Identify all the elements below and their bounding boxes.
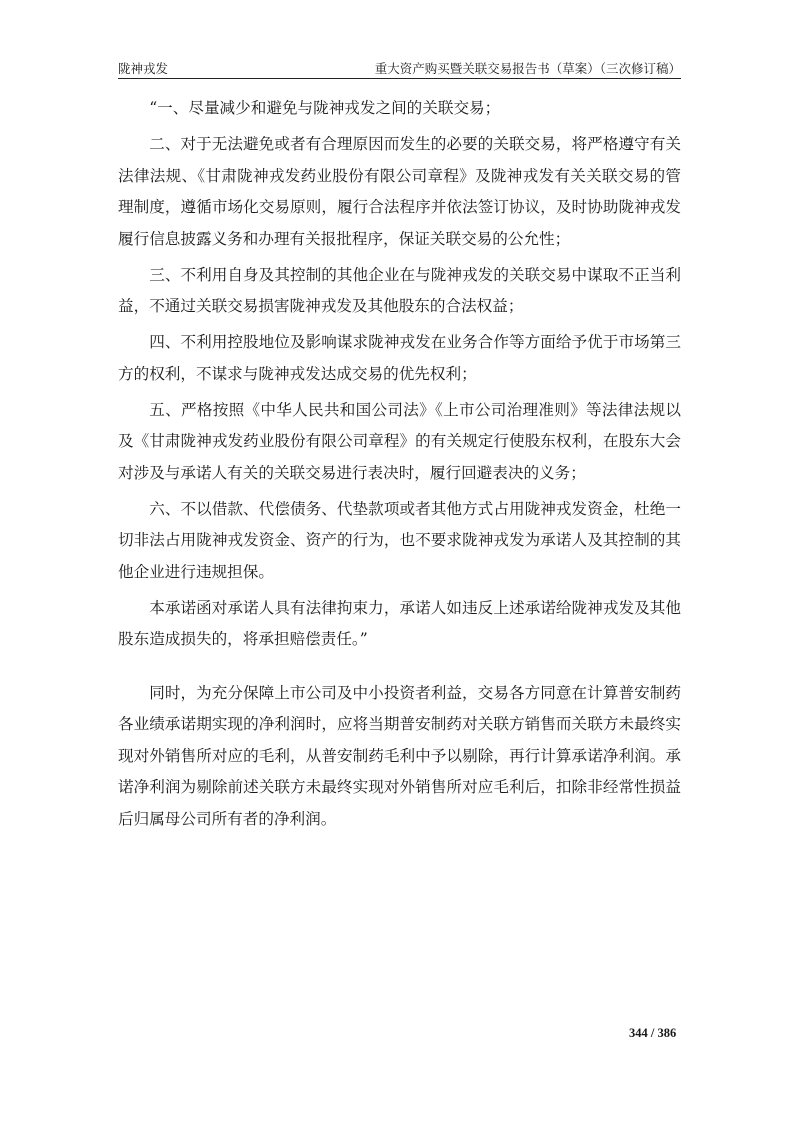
header-company-name: 陇神戎发 bbox=[118, 59, 168, 77]
paragraph-commitment-2: 二、对于无法避免或者有合理原因而发生的必要的关联交易，将严格遵守有关法律法规、《… bbox=[118, 129, 681, 255]
paragraph-commitment-5: 五、严格按照《中华人民共和国公司法》《上市公司治理准则》等法律法规以及《甘肃陇神… bbox=[118, 395, 681, 490]
document-body: “一、尽量减少和避免与陇神戎发之间的关联交易； 二、对于无法避免或者有合理原因而… bbox=[118, 93, 681, 840]
paragraph-commitment-3: 三、不利用自身及其控制的其他企业在与陇神戎发的关联交易中谋取不正当利益，不通过关… bbox=[118, 260, 681, 323]
header-document-title: 重大资产购买暨关联交易报告书（草案）（三次修订稿） bbox=[375, 59, 681, 77]
paragraph-commitment-1: “一、尽量减少和避免与陇神戎发之间的关联交易； bbox=[118, 93, 681, 125]
paragraph-net-profit-calculation: 同时，为充分保障上市公司及中小投资者利益，交易各方同意在计算普安制药各业绩承诺期… bbox=[118, 678, 681, 836]
page-number: 344 / 386 bbox=[629, 1026, 676, 1041]
paragraph-binding-statement: 本承诺函对承诺人具有法律拘束力，承诺人如违反上述承诺给陇神戎发及其他股东造成损失… bbox=[118, 593, 681, 656]
paragraph-commitment-6: 六、不以借款、代偿债务、代垫款项或者其他方式占用陇神戎发资金，杜绝一切非法占用陇… bbox=[118, 494, 681, 589]
page-header: 陇神戎发 重大资产购买暨关联交易报告书（草案）（三次修订稿） bbox=[118, 58, 681, 79]
paragraph-commitment-4: 四、不利用控股地位及影响谋求陇神戎发在业务合作等方面给予优于市场第三方的权利，不… bbox=[118, 327, 681, 390]
